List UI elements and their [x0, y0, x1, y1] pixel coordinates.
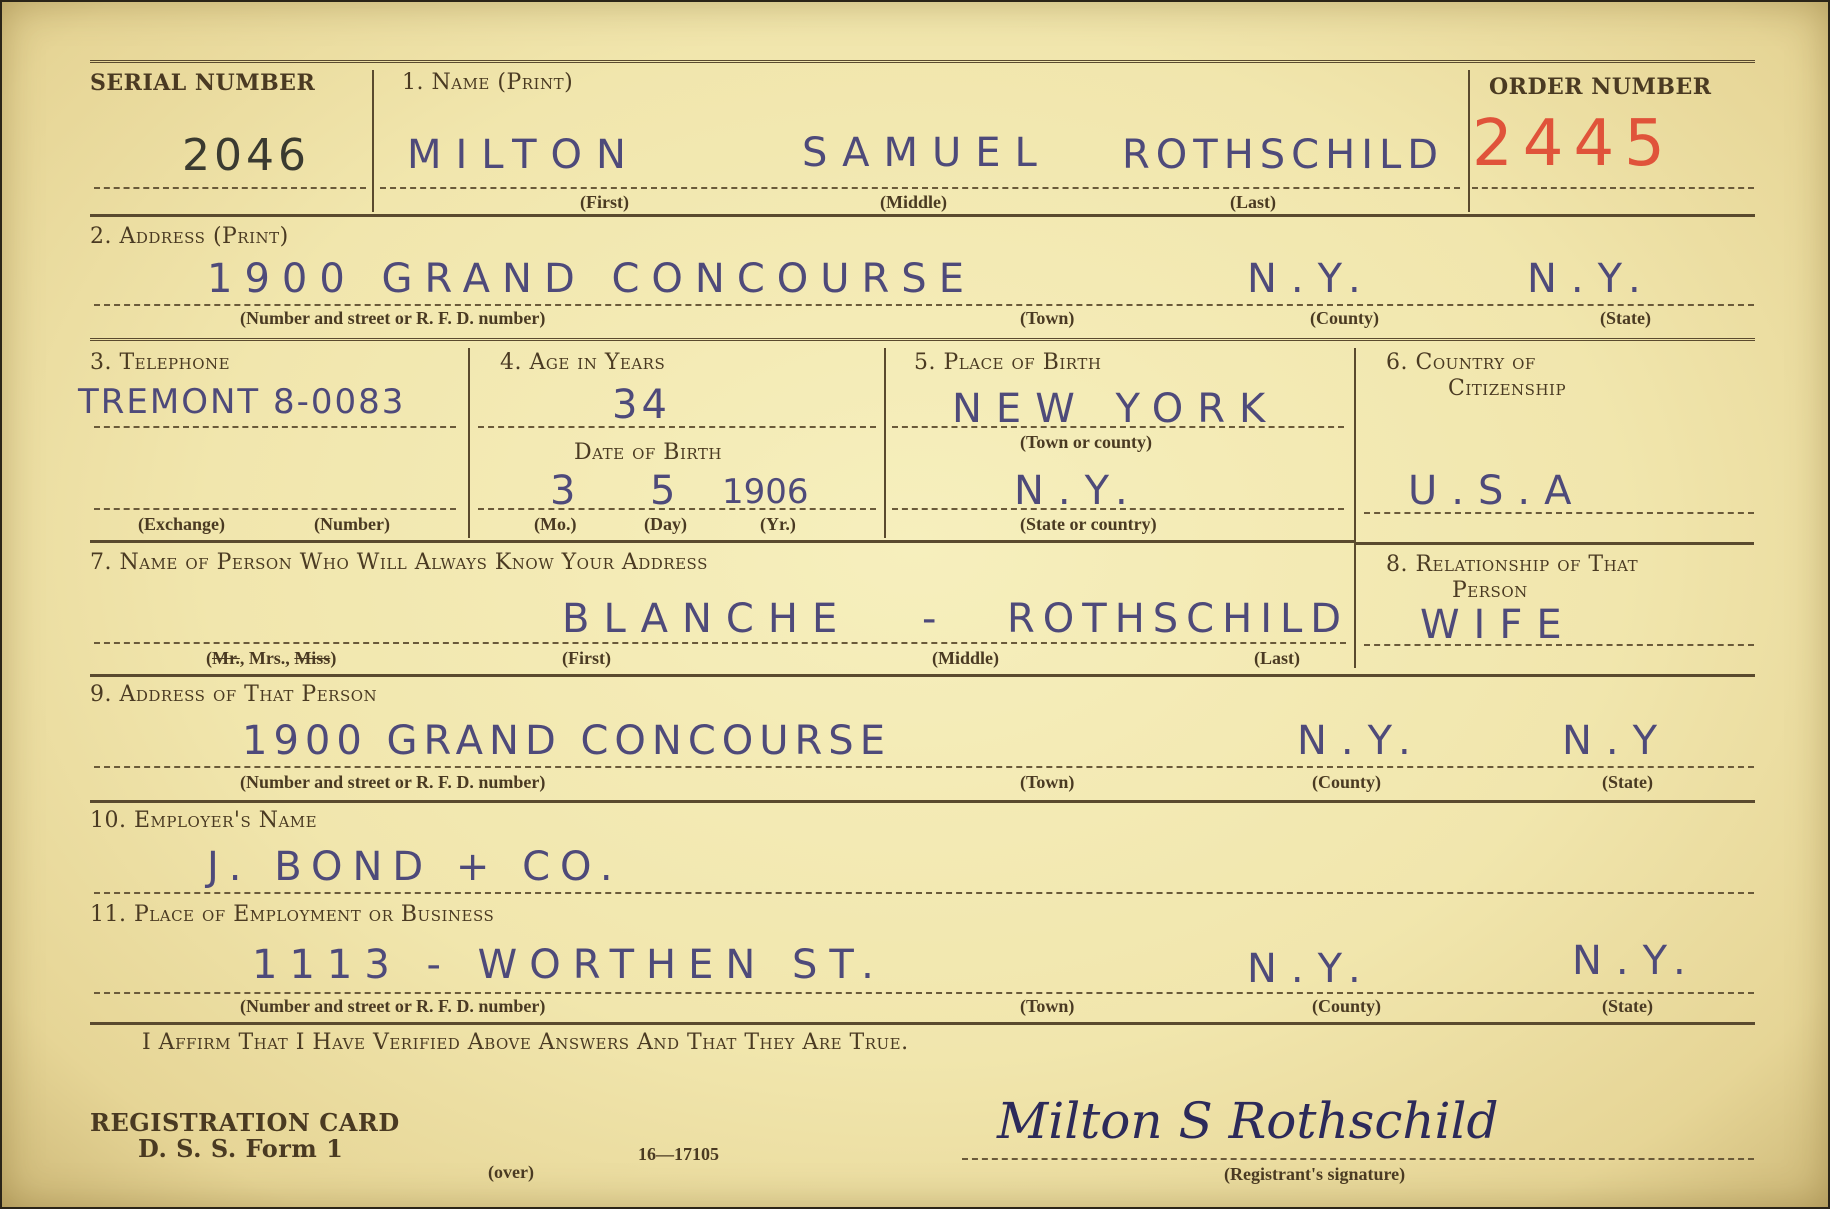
contact-first: BLANCHE	[562, 596, 851, 642]
form-id: D. S. S. Form 1	[138, 1134, 343, 1163]
affirmation-text: I Affirm That I Have Verified Above Answ…	[142, 1030, 909, 1055]
employment-place-label: 11. Place of Employment or Business	[90, 902, 494, 927]
contact-address-state: N.Y	[1562, 718, 1671, 764]
name-middle-caption: (Middle)	[880, 192, 947, 213]
telephone-exchange-caption: (Exchange)	[138, 514, 225, 535]
form-title: REGISTRATION CARD	[90, 1108, 400, 1137]
relationship-value: WIFE	[1420, 602, 1576, 648]
date-of-birth-label: Date of Birth	[574, 440, 722, 465]
contact-address-street-caption: (Number and street or R. F. D. number)	[240, 772, 545, 793]
employer-value: J. BOND + CO.	[207, 844, 623, 890]
contact-address-state-caption: (State)	[1602, 772, 1653, 793]
registrant-signature: Milton S Rothschild	[997, 1092, 1499, 1150]
serial-number-value: 2046	[182, 130, 310, 181]
employment-town-caption: (Town)	[1020, 996, 1074, 1017]
employment-street-caption: (Number and street or R. F. D. number)	[240, 996, 545, 1017]
employer-label: 10. Employer's Name	[90, 808, 317, 833]
name-last: ROTHSCHILD	[1122, 132, 1444, 178]
contact-title-caption: (Mr., Mrs., Miss)	[206, 648, 336, 669]
contact-person-label: 7. Name of Person Who Will Always Know Y…	[90, 550, 708, 575]
order-number-label: ORDER NUMBER	[1489, 74, 1712, 100]
age-label: 4. Age in Years	[500, 350, 665, 375]
age-value: 34	[612, 382, 671, 428]
name-first-caption: (First)	[580, 192, 629, 213]
employment-place-town: N.Y.	[1247, 946, 1375, 992]
citizenship-label-line1: 6. Country of	[1386, 350, 1536, 375]
contact-last-caption: (Last)	[1254, 648, 1300, 669]
contact-last: ROTHSCHILD	[1007, 596, 1349, 642]
address-town: N.Y.	[1247, 256, 1375, 302]
contact-address-street: 1900 GRAND CONCOURSE	[242, 718, 891, 764]
employment-place-street: 1113 - WORTHEN ST.	[252, 942, 886, 988]
name-label: 1. Name (Print)	[402, 70, 573, 95]
contact-middle: -	[922, 596, 950, 642]
address-state: N.Y.	[1527, 256, 1655, 302]
over-note: (over)	[488, 1162, 534, 1183]
dob-year-caption: (Yr.)	[760, 514, 796, 535]
telephone-label: 3. Telephone	[90, 350, 230, 375]
signature-caption: (Registrant's signature)	[1224, 1164, 1405, 1185]
contact-first-caption: (First)	[562, 648, 611, 669]
address-state-caption: (State)	[1600, 308, 1651, 329]
employment-state-caption: (State)	[1602, 996, 1653, 1017]
relationship-label-line2: Person	[1452, 578, 1528, 603]
employment-place-state: N.Y.	[1572, 938, 1700, 984]
address-street-caption: (Number and street or R. F. D. number)	[240, 308, 545, 329]
address-street: 1900 GRAND CONCOURSE	[207, 256, 976, 302]
telephone-value: TREMONT 8-0083	[78, 382, 405, 422]
name-last-caption: (Last)	[1230, 192, 1276, 213]
registration-card: SERIAL NUMBER 2046 1. Name (Print) MILTO…	[2, 2, 1828, 1207]
order-number-value: 2445	[1472, 107, 1675, 181]
dob-year: 1906	[722, 472, 809, 512]
employment-county-caption: (County)	[1312, 996, 1381, 1017]
serial-number-label: SERIAL NUMBER	[90, 70, 315, 96]
address-county-caption: (County)	[1310, 308, 1379, 329]
place-of-birth-state-caption: (State or country)	[1020, 514, 1157, 535]
name-first: MILTON	[407, 132, 640, 178]
place-of-birth-label: 5. Place of Birth	[914, 350, 1101, 375]
contact-address-county-caption: (County)	[1312, 772, 1381, 793]
citizenship-label-line2: Citizenship	[1448, 376, 1566, 401]
dob-month-caption: (Mo.)	[534, 514, 576, 535]
relationship-label-line1: 8. Relationship of That	[1386, 552, 1638, 577]
name-middle: SAMUEL	[802, 130, 1051, 176]
contact-address-town-caption: (Town)	[1020, 772, 1074, 793]
print-code: 16—17105	[638, 1144, 719, 1165]
address-label: 2. Address (Print)	[90, 224, 289, 249]
contact-address-label: 9. Address of That Person	[90, 682, 377, 707]
address-town-caption: (Town)	[1020, 308, 1074, 329]
telephone-number-caption: (Number)	[314, 514, 390, 535]
contact-middle-caption: (Middle)	[932, 648, 999, 669]
top-rule	[90, 60, 1755, 66]
contact-address-town: N.Y.	[1297, 718, 1425, 764]
citizenship-value: U.S.A	[1408, 468, 1585, 514]
place-of-birth-town-caption: (Town or county)	[1020, 432, 1152, 453]
dob-day-caption: (Day)	[644, 514, 687, 535]
